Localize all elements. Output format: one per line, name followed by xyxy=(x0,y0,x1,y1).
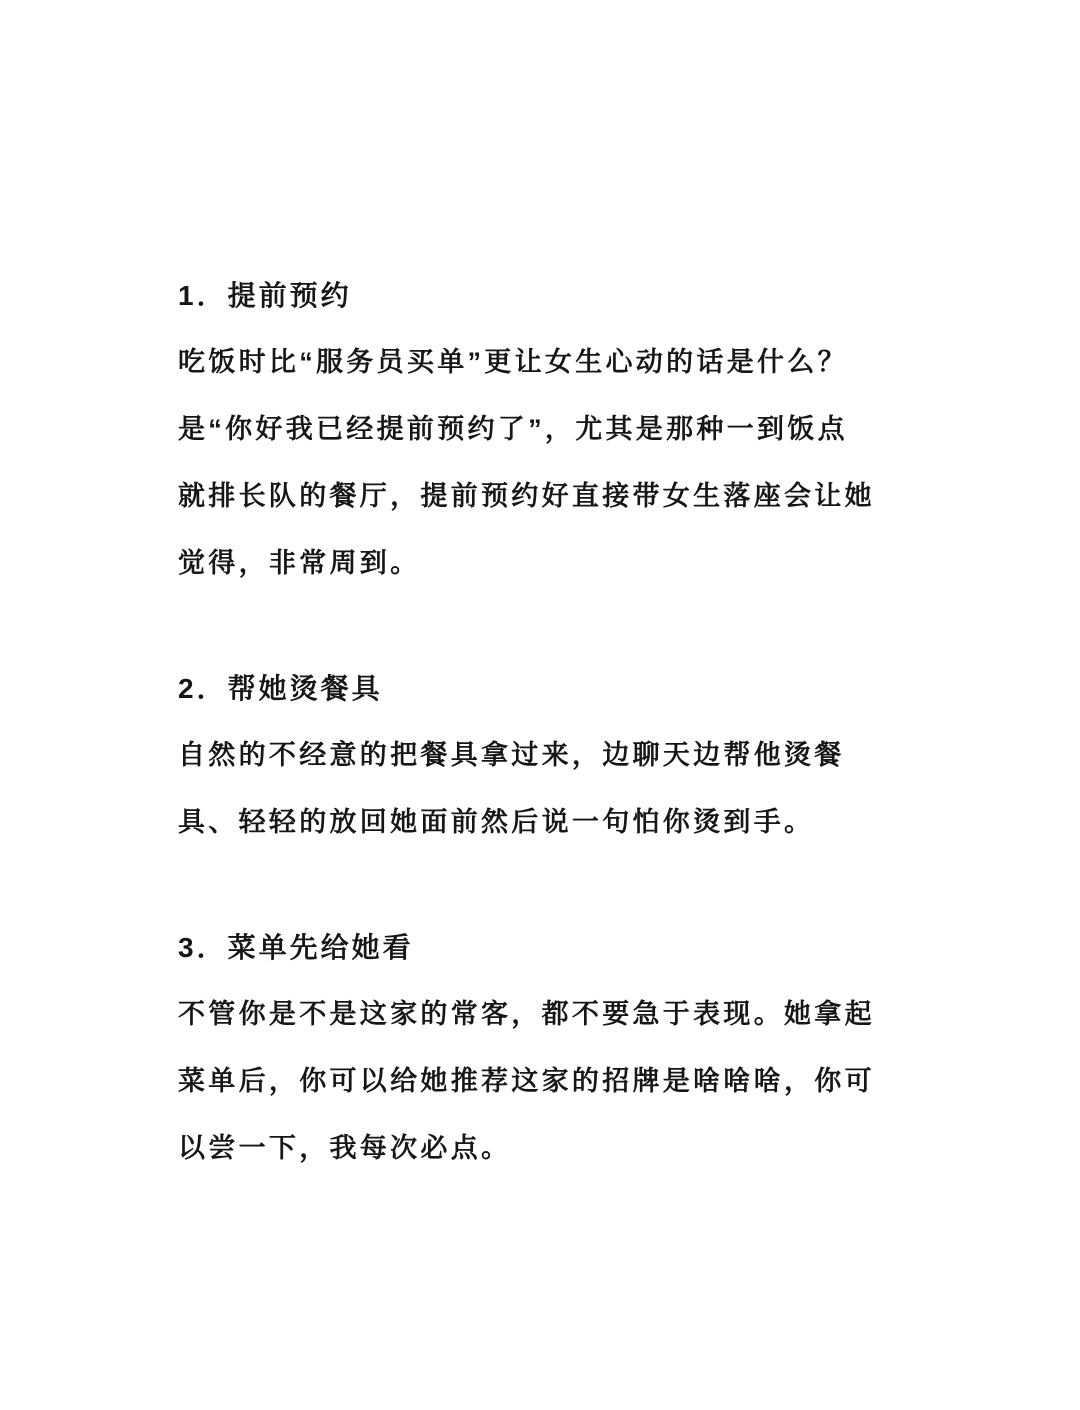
section-2-line-1: 自然的不经意的把餐具拿过来，边聊天边帮他烫餐 xyxy=(178,722,938,789)
section-2-scald-tableware: 2．帮她烫餐具 自然的不经意的把餐具拿过来，边聊天边帮他烫餐 具、轻轻的放回她面… xyxy=(178,655,938,856)
section-1-line-4: 觉得，非常周到。 xyxy=(178,530,938,597)
section-3-line-3: 以尝一下，我每次必点。 xyxy=(178,1115,938,1182)
section-2-heading: 2．帮她烫餐具 xyxy=(178,655,938,722)
section-1-heading: 1．提前预约 xyxy=(178,262,938,329)
section-3-show-menu-first: 3．菜单先给她看 不管你是不是这家的常客，都不要急于表现。她拿起 菜单后，你可以… xyxy=(178,914,938,1182)
section-1-line-2: 是“你好我已经提前预约了”，尤其是那种一到饭点 xyxy=(178,396,938,463)
section-1-line-1: 吃饭时比“服务员买单”更让女生心动的话是什么？ xyxy=(178,329,938,396)
section-3-line-2: 菜单后，你可以给她推荐这家的招牌是啥啥啥，你可 xyxy=(178,1048,938,1115)
section-1-line-3: 就排长队的餐厅，提前预约好直接带女生落座会让她 xyxy=(178,463,938,530)
section-1-book-ahead: 1．提前预约 吃饭时比“服务员买单”更让女生心动的话是什么？ 是“你好我已经提前… xyxy=(178,262,938,597)
section-2-line-2: 具、轻轻的放回她面前然后说一句怕你烫到手。 xyxy=(178,789,938,856)
text-card: 1．提前预约 吃饭时比“服务员买单”更让女生心动的话是什么？ 是“你好我已经提前… xyxy=(178,262,938,1182)
section-3-line-1: 不管你是不是这家的常客，都不要急于表现。她拿起 xyxy=(178,981,938,1048)
section-3-heading: 3．菜单先给她看 xyxy=(178,914,938,981)
